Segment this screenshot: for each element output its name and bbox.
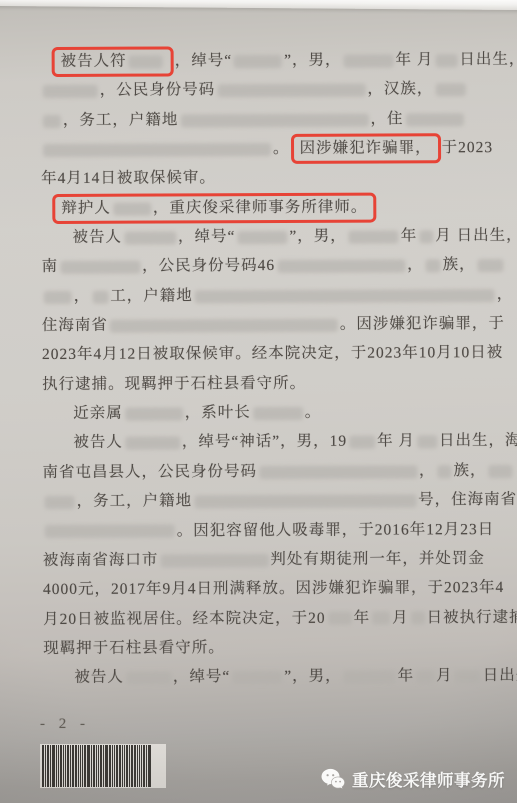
- doc-line: ，公民身份号码，汉族，: [41, 74, 509, 105]
- barcode-bar: [124, 745, 125, 787]
- indent-space: [41, 241, 72, 242]
- redaction-smudge: [405, 113, 463, 126]
- redaction-smudge: [234, 55, 282, 68]
- doc-line: 南，公民身份号码46，族，: [41, 250, 509, 281]
- redaction-smudge: [110, 319, 338, 333]
- annotation-box: 辩护人，重庆俊采律师事务所律师。: [52, 192, 376, 223]
- text-run: 南省屯昌县人，公民身份号码: [42, 463, 257, 481]
- text-run: 被告人: [74, 669, 124, 686]
- text-run: ，住: [370, 110, 403, 127]
- redaction-smudge: [435, 54, 457, 67]
- text-run: 月20日被监视居住。经本院决定，于20: [43, 609, 326, 627]
- text-run: 。: [305, 404, 322, 421]
- text-run: 被告人: [73, 434, 123, 451]
- doc-line: 近亲属，系叶长。: [42, 397, 510, 428]
- indent-space: [43, 681, 74, 682]
- barcode-bar: [42, 745, 44, 787]
- doc-line: 被告人，绰号“”，男，年月日出生，海: [43, 661, 511, 692]
- text-run: ，系叶长: [185, 404, 251, 421]
- text-run: 判处有期徒刑一年，并处罚金: [270, 550, 485, 568]
- barcode-bar: [80, 745, 81, 787]
- redaction-smudge: [195, 289, 495, 303]
- text-run: 现羁押于石柱县看守所。: [43, 639, 225, 657]
- redaction-smudge: [44, 291, 72, 304]
- doc-line: 现羁押于石柱县看守所。: [43, 632, 511, 663]
- text-run: 族，: [443, 257, 476, 274]
- redaction-smudge: [411, 612, 425, 625]
- text-run: ”，男，: [284, 52, 341, 69]
- barcode-bar: [45, 745, 46, 787]
- indent-space: [42, 446, 73, 447]
- redaction-smudge: [417, 436, 437, 449]
- redaction-smudge: [45, 496, 75, 509]
- annotation-box: 被告人符: [52, 46, 174, 77]
- doc-line: 被告人，绰号“神话”，男，19年 月日出生，海: [42, 426, 510, 457]
- law-firm-watermark: 重庆俊采律师事务所: [321, 764, 505, 794]
- text-run: ”，男，: [289, 228, 346, 245]
- doc-line: 被告人，绰号“”，男，年月 日出生，海: [41, 221, 509, 252]
- barcode-bar: [143, 745, 145, 787]
- text-run: 被海南省海口市: [43, 551, 159, 569]
- text-run: 日被执行逮捕。: [427, 608, 517, 626]
- redaction-smudge: [344, 671, 396, 684]
- indent-space: [42, 417, 73, 418]
- barcode-bar: [65, 745, 66, 787]
- barcode-bar: [146, 745, 147, 787]
- barcode: [40, 744, 166, 788]
- redaction-smudge: [124, 231, 176, 244]
- barcode-bar: [50, 745, 51, 787]
- barcode-bar: [134, 745, 136, 787]
- text-run: 于2023: [442, 139, 494, 156]
- doc-line: 住海南省。因涉嫌犯诈骗罪，于: [42, 309, 510, 340]
- redaction-smudge: [43, 143, 271, 157]
- redaction-smudge: [92, 290, 108, 303]
- text-run: 住海南省: [42, 317, 108, 334]
- text-run: 因涉嫌犯诈骗罪，: [300, 139, 432, 157]
- text-run: ，汉族，: [367, 81, 433, 98]
- barcode-bar: [103, 745, 104, 787]
- redaction-smudge: [437, 465, 451, 478]
- barcode-bar: [129, 745, 130, 787]
- barcode-bar: [148, 745, 151, 787]
- text-run: ，重庆俊采律师事务所律师。: [153, 198, 368, 216]
- barcode-bar: [75, 745, 77, 787]
- barcode-bar: [70, 745, 71, 787]
- text-run: 工，户籍地: [110, 287, 193, 304]
- text-run: 年 月: [377, 433, 415, 450]
- text-run: 。: [273, 140, 290, 157]
- text-run: 南: [42, 258, 59, 275]
- barcode-bar: [116, 745, 118, 787]
- barcode-bar: [98, 745, 99, 787]
- indent-space: [41, 212, 51, 213]
- text-run: 执行逮捕。现羁押于石柱县看守所。: [42, 375, 306, 393]
- redaction-smudge: [180, 113, 368, 127]
- barcode-bar: [141, 745, 142, 787]
- redaction-smudge: [259, 465, 417, 479]
- barcode-bar: [78, 745, 79, 787]
- text-run: ，绰号“: [173, 668, 230, 685]
- redaction-smudge: [435, 83, 465, 96]
- doc-line: 2023年4月12日被取保候审。经本院决定，于2023年10月10日被: [42, 338, 510, 369]
- text-run: 号，住海南省: [418, 491, 517, 508]
- redaction-smudge: [488, 465, 512, 478]
- redaction-smudge: [455, 670, 481, 683]
- text-run: ，绰号“: [178, 228, 235, 245]
- text-run: ，: [74, 288, 91, 305]
- text-run: 年: [354, 609, 371, 626]
- doc-line: 4000元，2017年9月4日刑满释放。因涉嫌犯诈骗罪，于2023年4: [43, 573, 511, 604]
- doc-line: 。因涉嫌犯诈骗罪，于2023: [41, 133, 509, 164]
- text-run: 月: [436, 667, 453, 684]
- text-run: 。因涉嫌犯诈骗罪，于: [340, 315, 505, 333]
- barcode-bar: [137, 745, 138, 787]
- redaction-smudge: [372, 612, 390, 625]
- barcode-bar: [126, 745, 128, 787]
- wechat-icon: [321, 768, 345, 790]
- barcode-bar: [56, 745, 57, 787]
- redaction-smudge: [125, 407, 183, 420]
- doc-line: 辩护人，重庆俊采律师事务所律师。: [41, 192, 509, 223]
- redaction-smudge: [217, 84, 365, 98]
- text-run: 年: [398, 668, 415, 685]
- barcode-bar: [72, 745, 74, 787]
- text-run: ，务工，户籍地: [63, 111, 179, 129]
- barcode-bar: [119, 745, 121, 787]
- paper-top-edge: [0, 0, 517, 10]
- text-run: ，: [419, 462, 436, 479]
- redaction-smudge: [478, 259, 504, 272]
- redaction-smudge: [237, 231, 287, 244]
- redaction-smudge: [343, 54, 393, 67]
- barcode-bar: [60, 745, 62, 787]
- redaction-smudge: [45, 525, 175, 539]
- indent-space: [41, 65, 51, 66]
- document-photo: 被告人符，绰号“”，男，年 月日出生，，公民身份号码，汉族，，务工，户籍地，住。…: [0, 0, 517, 803]
- redaction-smudge: [426, 260, 441, 273]
- barcode-bar: [63, 745, 64, 787]
- doc-line: 。因犯容留他人吸毒罪，于2016年12月23日: [43, 514, 511, 545]
- doc-line: 年4月14日被取保候审。: [41, 162, 509, 193]
- text-run: ，公民身份号码46: [142, 257, 275, 275]
- barcode-bar: [87, 745, 90, 787]
- barcode-bar: [96, 745, 97, 787]
- text-run: ，: [497, 286, 514, 303]
- doc-line: 执行逮捕。现羁押于石柱县看守所。: [42, 368, 510, 399]
- redaction-smudge: [232, 671, 282, 684]
- barcode-bar: [109, 745, 111, 787]
- redaction-smudge: [349, 230, 399, 243]
- text-run: 年: [401, 227, 418, 244]
- text-run: 被告人: [72, 229, 122, 246]
- redaction-smudge: [60, 261, 140, 274]
- barcode-bar: [112, 745, 113, 787]
- text-run: ”，男，: [284, 668, 341, 685]
- text-run: ，: [407, 257, 424, 274]
- redaction-smudge: [328, 612, 352, 625]
- redaction-smudge: [129, 55, 163, 68]
- barcode-bar: [114, 745, 115, 787]
- text-run: 族，: [453, 462, 486, 479]
- text-run: 日出生，: [459, 51, 517, 68]
- text-run: ，绰号“神话”，男，19: [182, 433, 347, 451]
- barcode-bar: [67, 745, 69, 787]
- doc-line: 被海南省海口市判处有期徒刑一年，并处罚金: [43, 544, 511, 575]
- annotation-box: 因涉嫌犯诈骗罪，: [290, 133, 440, 164]
- barcode-bar: [122, 745, 123, 787]
- doc-line: 月20日被监视居住。经本院决定，于20年月日被执行逮捕。: [43, 603, 511, 634]
- barcode-bar: [47, 745, 49, 787]
- barcode-bar: [82, 745, 83, 787]
- text-run: 辩护人: [61, 199, 111, 216]
- text-run: 月: [392, 609, 409, 626]
- doc-line: 被告人符，绰号“”，男，年 月日出生，: [41, 45, 509, 76]
- barcode-bar: [84, 745, 86, 787]
- barcode-bar: [105, 745, 108, 787]
- barcode-bar: [100, 745, 102, 787]
- text-run: 日出生，海: [439, 432, 517, 449]
- doc-line: 南省屯昌县人，公民身份号码，族，: [42, 456, 510, 487]
- doc-line: ，工，户籍地，: [42, 280, 510, 311]
- redaction-smudge: [349, 436, 375, 449]
- text-run: 。因犯容留他人吸毒罪，于2016年12月23日: [177, 521, 495, 539]
- text-run: 月 日出生，海: [435, 227, 517, 244]
- text-run: ，绰号“: [175, 52, 232, 69]
- text-run: ，务工，户籍地: [77, 493, 193, 511]
- page-number: - 2 -: [40, 716, 90, 733]
- text-run: ，公民身份号码: [100, 82, 216, 100]
- barcode-bar: [131, 745, 133, 787]
- doc-line: ，务工，户籍地，住: [41, 104, 509, 135]
- barcode-bar: [91, 745, 92, 787]
- doc-line: ，务工，户籍地号，住海南省: [43, 485, 511, 516]
- redaction-smudge: [160, 554, 268, 567]
- text-run: 年4月14日被取保候审。: [41, 170, 216, 188]
- text-run: 年 月: [395, 51, 433, 68]
- redaction-smudge: [43, 85, 98, 98]
- barcode-bar: [139, 745, 140, 787]
- barcode-bar: [58, 745, 59, 787]
- redaction-smudge: [126, 672, 171, 685]
- barcode-bar: [52, 745, 55, 787]
- text-run: 4000元，2017年9月4日刑满释放。因涉嫌犯诈骗罪，于2023年4: [43, 579, 504, 598]
- text-run: 近亲属: [73, 405, 123, 422]
- redaction-smudge: [125, 437, 180, 450]
- redaction-smudge: [43, 115, 61, 128]
- redaction-smudge: [419, 230, 433, 243]
- redaction-smudge: [194, 494, 416, 508]
- barcode-bar: [93, 745, 95, 787]
- redaction-smudge: [113, 202, 151, 215]
- redaction-smudge: [253, 407, 303, 420]
- text-run: 被告人符: [61, 53, 127, 70]
- watermark-label: 重庆俊采律师事务所: [352, 767, 505, 791]
- text-run: 2023年4月12日被取保候审。经本院决定，于2023年10月10日被: [42, 344, 503, 363]
- redaction-smudge: [416, 670, 434, 683]
- redaction-smudge: [277, 260, 405, 274]
- text-run: 日出生，海: [483, 667, 517, 684]
- document-body: 被告人符，绰号“”，男，年 月日出生，，公民身份号码，汉族，，务工，户籍地，住。…: [41, 45, 512, 693]
